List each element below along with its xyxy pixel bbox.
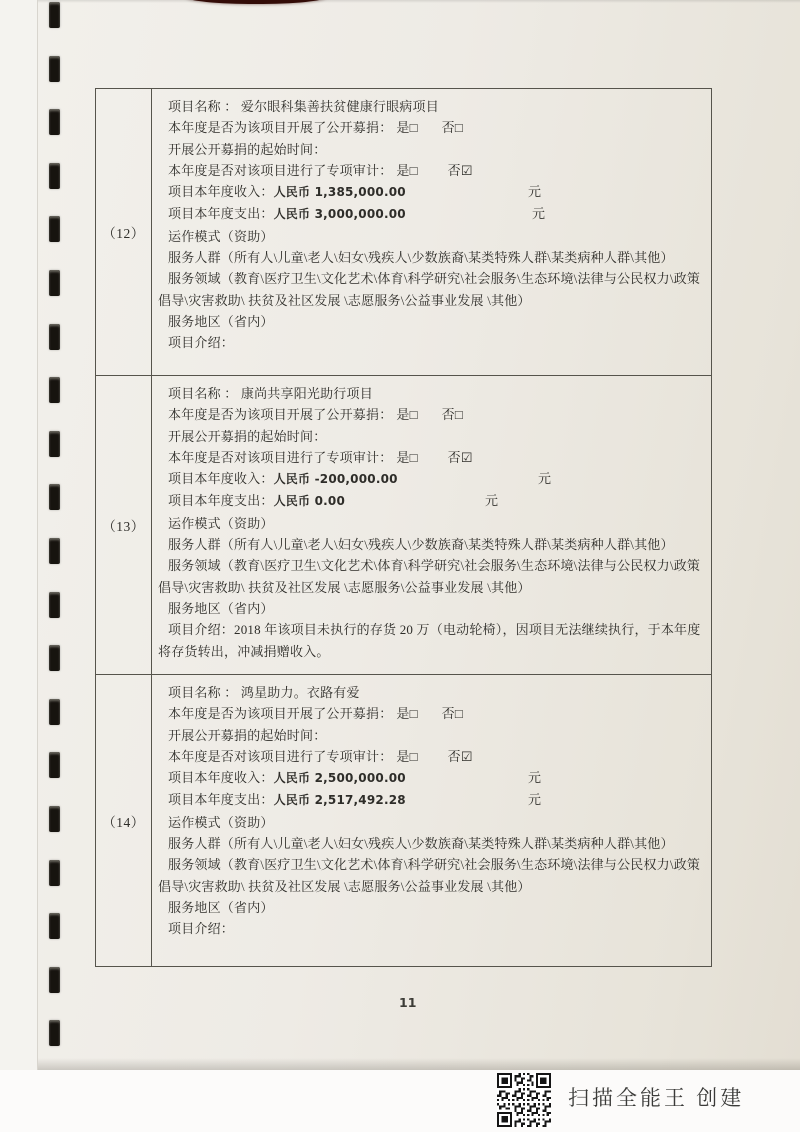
row-index: （13）: [96, 376, 152, 674]
expense-label: 项目本年度支出：: [168, 493, 274, 508]
no-checkbox: 否□: [442, 706, 463, 721]
binder-hole: [49, 860, 60, 886]
binder-hole: [49, 431, 60, 457]
operation-mode: 运作模式（资助）: [158, 226, 703, 247]
no-checkbox-checked: 否☑: [448, 163, 473, 178]
yes-checkbox: 是□: [396, 407, 417, 422]
project-name: 项目名称 ： 康尚共享阳光助行项目: [158, 383, 703, 404]
table-row: （12） 项目名称 ： 爱尔眼科集善扶贫健康行眼病项目 本年度是否为该项目开展了…: [96, 89, 711, 376]
expense-unit: 元: [528, 789, 541, 810]
no-checkbox: 否□: [442, 407, 463, 422]
yes-checkbox: 是□: [396, 749, 417, 764]
binder-hole: [49, 377, 60, 403]
binder-hole: [49, 56, 60, 82]
income-unit: 元: [528, 767, 541, 788]
binder-hole: [49, 752, 60, 778]
special-audit-question: 本年度是否对该项目进行了专项审计：是□否☑: [158, 160, 703, 181]
binder-hole: [49, 538, 60, 564]
income-unit: 元: [538, 468, 551, 489]
expense-unit: 元: [532, 203, 545, 224]
no-checkbox-checked: 否☑: [448, 450, 473, 465]
binder-hole: [49, 270, 60, 296]
binder-hole: [49, 163, 60, 189]
project-intro: 项目介绍：: [158, 918, 703, 939]
question-text: 本年度是否为该项目开展了公开募捐：: [168, 706, 392, 721]
question-text: 本年度是否为该项目开展了公开募捐：: [168, 407, 392, 422]
annual-expense-line: 项目本年度支出：人民币 0.00元: [158, 490, 703, 512]
income-amount: 人民币 1,385,000.00: [274, 185, 406, 199]
annual-income-line: 项目本年度收入：人民币 1,385,000.00元: [158, 181, 703, 203]
binder-hole: [49, 1020, 60, 1046]
service-field: 服务领域（教育\医疗卫生\文化艺术\体育\科学研究\社会服务\生态环境\法律与公…: [158, 555, 703, 598]
expense-label: 项目本年度支出：: [168, 206, 274, 221]
service-people: 服务人群（所有人\儿童\老人\妇女\残疾人\少数族裔\某类特殊人群\某类病种人群…: [158, 833, 703, 854]
row-content: 项目名称 ： 爱尔眼科集善扶贫健康行眼病项目 本年度是否为该项目开展了公开募捐：…: [152, 89, 711, 375]
binder-hole: [49, 2, 60, 28]
annual-income-line: 项目本年度收入：人民币 2,500,000.00元: [158, 767, 703, 789]
binder-hole: [49, 592, 60, 618]
annual-expense-line: 项目本年度支出：人民币 3,000,000.00元: [158, 203, 703, 225]
fundraising-start-time: 开展公开募捐的起始时间：: [158, 426, 703, 447]
row-content: 项目名称 ： 康尚共享阳光助行项目 本年度是否为该项目开展了公开募捐：是□否□ …: [152, 376, 711, 674]
project-name: 项目名称 ： 鸿星助力。衣路有爱: [158, 682, 703, 703]
table-row: （13） 项目名称 ： 康尚共享阳光助行项目 本年度是否为该项目开展了公开募捐：…: [96, 376, 711, 675]
project-name: 项目名称 ： 爱尔眼科集善扶贫健康行眼病项目: [158, 96, 703, 117]
question-text: 本年度是否对该项目进行了专项审计：: [168, 450, 392, 465]
yes-checkbox: 是□: [396, 163, 417, 178]
expense-label: 项目本年度支出：: [168, 792, 274, 807]
public-fundraising-question: 本年度是否为该项目开展了公开募捐：是□否□: [158, 117, 703, 138]
no-checkbox-checked: 否☑: [448, 749, 473, 764]
special-audit-question: 本年度是否对该项目进行了专项审计：是□否☑: [158, 746, 703, 767]
service-field: 服务领域（教育\医疗卫生\文化艺术\体育\科学研究\社会服务\生态环境\法律与公…: [158, 268, 703, 311]
row-content: 项目名称 ： 鸿星助力。衣路有爱 本年度是否为该项目开展了公开募捐：是□否□ 开…: [152, 675, 711, 966]
binder-hole: [49, 324, 60, 350]
table-row: （14） 项目名称 ： 鸿星助力。衣路有爱 本年度是否为该项目开展了公开募捐：是…: [96, 675, 711, 966]
binder-hole: [49, 484, 60, 510]
page-number: 11: [399, 995, 416, 1010]
binder-hole: [49, 699, 60, 725]
income-unit: 元: [528, 181, 541, 202]
binder-hole: [49, 645, 60, 671]
annual-income-line: 项目本年度收入：人民币 -200,000.00元: [158, 468, 703, 490]
no-checkbox: 否□: [442, 120, 463, 135]
row-index: （14）: [96, 675, 152, 966]
expense-amount: 人民币 0.00: [274, 494, 345, 508]
question-text: 本年度是否对该项目进行了专项审计：: [168, 749, 392, 764]
scanned-page: 11 （12） 项目名称 ： 爱尔眼科集善扶贫健康行眼病项目 本年度是否为该项目…: [0, 0, 800, 1132]
row-index: （12）: [96, 89, 152, 375]
scan-artifact-top: [186, 0, 326, 4]
service-area: 服务地区（省内）: [158, 897, 703, 918]
income-label: 项目本年度收入：: [168, 471, 274, 486]
watermark-text: 扫描全能王 创建: [568, 1082, 744, 1112]
service-area: 服务地区（省内）: [158, 311, 703, 332]
project-intro: 项目介绍：2018 年该项目未执行的存货 20 万（电动轮椅），因项目无法继续执…: [158, 619, 703, 662]
binder-hole: [49, 913, 60, 939]
service-field: 服务领域（教育\医疗卫生\文化艺术\体育\科学研究\社会服务\生态环境\法律与公…: [158, 854, 703, 897]
public-fundraising-question: 本年度是否为该项目开展了公开募捐：是□否□: [158, 404, 703, 425]
yes-checkbox: 是□: [396, 706, 417, 721]
income-amount: 人民币 2,500,000.00: [274, 771, 406, 785]
operation-mode: 运作模式（资助）: [158, 812, 703, 833]
binder-hole: [49, 216, 60, 242]
binder-hole: [49, 967, 60, 993]
scanner-watermark-band: 扫描全能王 创建: [0, 1070, 800, 1132]
income-amount: 人民币 -200,000.00: [274, 472, 398, 486]
project-intro: 项目介绍：: [158, 332, 703, 353]
fundraising-start-time: 开展公开募捐的起始时间：: [158, 725, 703, 746]
income-label: 项目本年度收入：: [168, 184, 274, 199]
operation-mode: 运作模式（资助）: [158, 513, 703, 534]
projects-table: （12） 项目名称 ： 爱尔眼科集善扶贫健康行眼病项目 本年度是否为该项目开展了…: [95, 88, 712, 967]
special-audit-question: 本年度是否对该项目进行了专项审计：是□否☑: [158, 447, 703, 468]
expense-unit: 元: [485, 490, 498, 511]
binder-hole: [49, 806, 60, 832]
annual-expense-line: 项目本年度支出：人民币 2,517,492.28元: [158, 789, 703, 811]
expense-amount: 人民币 2,517,492.28: [274, 793, 406, 807]
yes-checkbox: 是□: [396, 450, 417, 465]
service-area: 服务地区（省内）: [158, 598, 703, 619]
service-people: 服务人群（所有人\儿童\老人\妇女\残疾人\少数族裔\某类特殊人群\某类病种人群…: [158, 534, 703, 555]
question-text: 本年度是否对该项目进行了专项审计：: [168, 163, 392, 178]
paper-bottom-shadow: [38, 1058, 800, 1070]
question-text: 本年度是否为该项目开展了公开募捐：: [168, 120, 392, 135]
income-label: 项目本年度收入：: [168, 770, 274, 785]
yes-checkbox: 是□: [396, 120, 417, 135]
service-people: 服务人群（所有人\儿童\老人\妇女\残疾人\少数族裔\某类特殊人群\某类病种人群…: [158, 247, 703, 268]
public-fundraising-question: 本年度是否为该项目开展了公开募捐：是□否□: [158, 703, 703, 724]
binder-hole: [49, 109, 60, 135]
qr-code: [497, 1073, 551, 1127]
expense-amount: 人民币 3,000,000.00: [274, 207, 406, 221]
fundraising-start-time: 开展公开募捐的起始时间：: [158, 139, 703, 160]
